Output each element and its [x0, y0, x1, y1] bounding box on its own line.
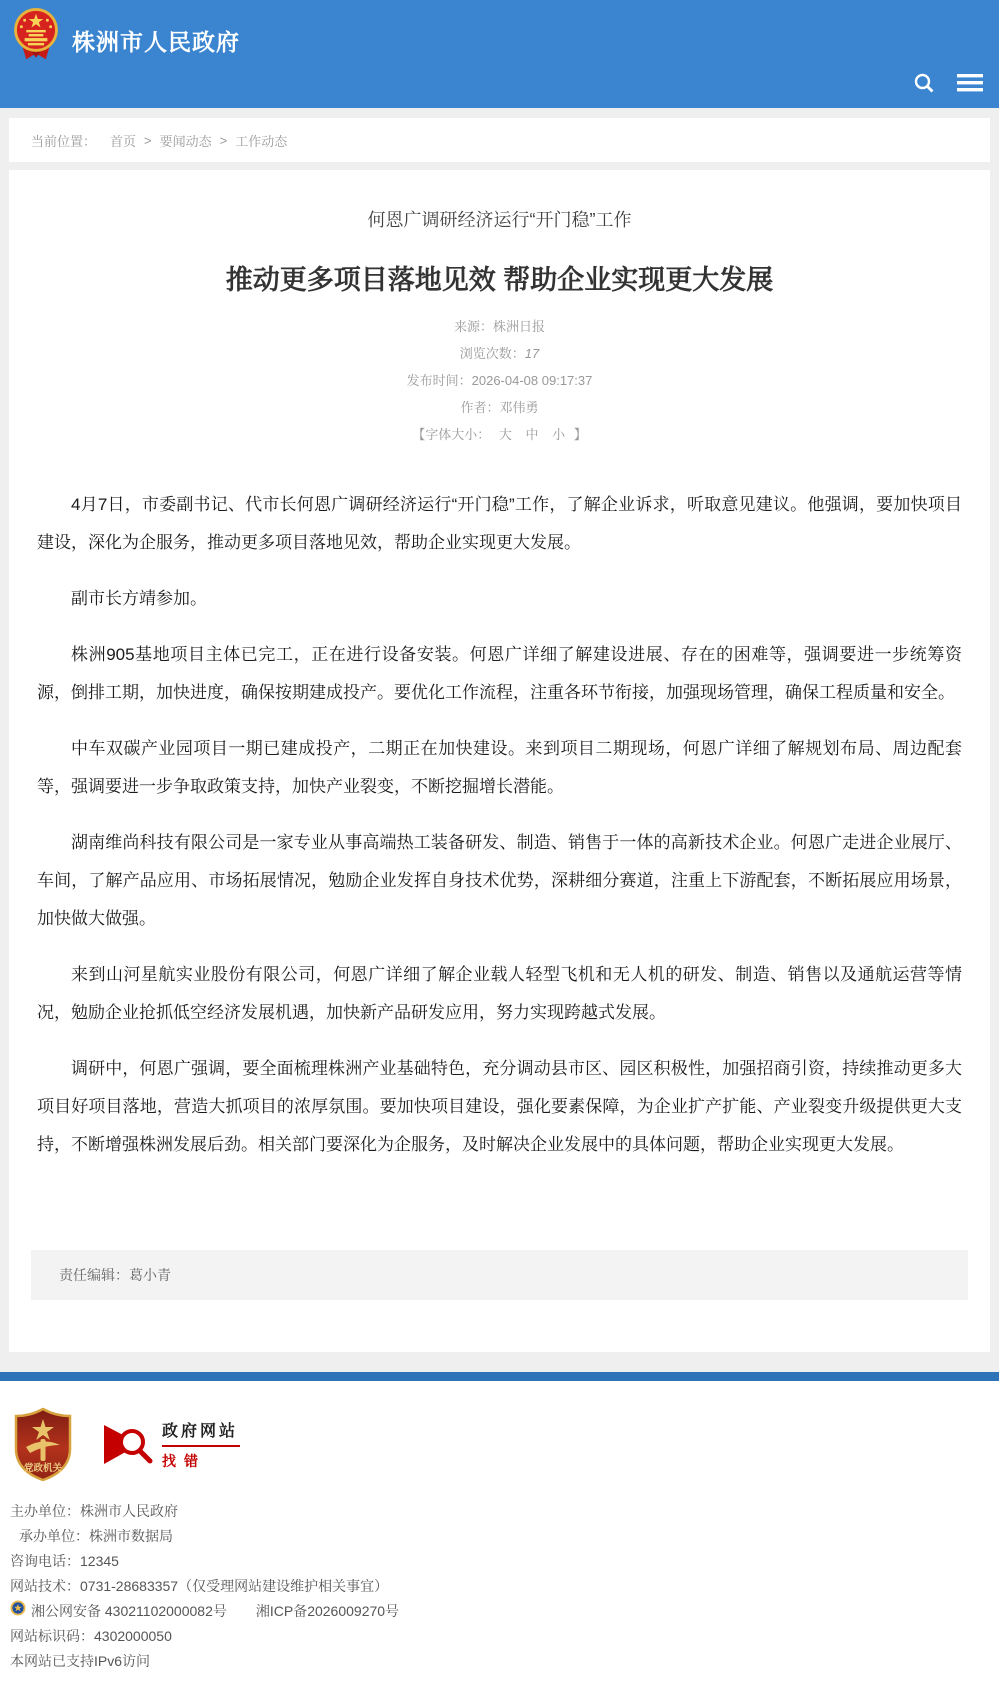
- error-report-magnifier-icon: [102, 1419, 156, 1469]
- menu-icon[interactable]: [957, 74, 983, 92]
- font-size-prefix: 【字体大小：: [412, 427, 490, 442]
- error-report-line1: 政府网站: [162, 1418, 238, 1445]
- article-paragraph: 4月7日，市委副书记、代市长何恩广调研经济运行“开门稳”工作，了解企业诉求，听取…: [37, 486, 962, 562]
- meta-views: 浏览次数：17: [9, 340, 990, 367]
- font-size-medium-button[interactable]: 中: [525, 427, 538, 442]
- footer-ipv6: 本网站已支持IPv6访问: [10, 1649, 999, 1674]
- footer-beian: 湘公网安备 43021102000082号 湘ICP备2026009270号: [10, 1599, 999, 1624]
- article-paragraph: 来到山河星航实业股份有限公司，何恩广详细了解企业载人轻型飞机和无人机的研发、制造…: [37, 956, 962, 1032]
- meta-source: 来源：株洲日报: [9, 313, 990, 340]
- breadcrumb-news[interactable]: 要闻动态: [160, 131, 212, 150]
- meta-author: 作者：邓伟勇: [9, 394, 990, 421]
- meta-source-label: 来源：: [454, 319, 493, 334]
- meta-publish-value: 2026-04-08 09:17:37: [472, 373, 593, 388]
- article-paragraph: 副市长方靖参加。: [37, 580, 962, 618]
- footer-tech-support: 网站技术：0731-28683357（仅受理网站建设维护相关事宜）: [10, 1574, 999, 1599]
- footer-undertaker-label: 承办单位：: [19, 1528, 89, 1544]
- breadcrumb: 当前位置： 首页 > 要闻动态 > 工作动态: [9, 118, 990, 162]
- public-security-badge-icon: [10, 1599, 26, 1624]
- article-container: 何恩广调研经济运行“开门稳”工作 推动更多项目落地见效 帮助企业实现更大发展 来…: [9, 170, 990, 1352]
- article-title: 推动更多项目落地见效 帮助企业实现更大发展: [9, 258, 990, 297]
- article-subtitle: 何恩广调研经济运行“开门稳”工作: [9, 170, 990, 232]
- footer-organizer-label: 主办单位：: [10, 1503, 80, 1519]
- meta-publish-time: 发布时间：2026-04-08 09:17:37: [9, 367, 990, 394]
- article-body: 4月7日，市委副书记、代市长何恩广调研经济运行“开门稳”工作，了解企业诉求，听取…: [9, 486, 990, 1164]
- svg-text:党政机关: 党政机关: [24, 1462, 63, 1474]
- footer-divider-band: [0, 1372, 999, 1381]
- footer-organizer: 主办单位：株洲市人民政府: [10, 1499, 999, 1524]
- meta-views-label: 浏览次数：: [460, 346, 525, 361]
- meta-author-value: 邓伟勇: [500, 400, 539, 415]
- website-error-report-logo[interactable]: 政府网站 找错: [102, 1418, 240, 1471]
- footer-site-code: 网站标识码：4302000050: [10, 1624, 999, 1649]
- font-size-suffix: 】: [574, 427, 587, 442]
- footer-hotline-label: 咨询电话：: [10, 1553, 80, 1569]
- site-code-label: 网站标识码：: [10, 1628, 94, 1644]
- editor-name: 葛小青: [129, 1267, 171, 1283]
- search-icon[interactable]: [913, 72, 935, 94]
- footer-info: 主办单位：株洲市人民政府 承办单位：株洲市数据局 咨询电话：12345 网站技术…: [10, 1499, 999, 1674]
- footer-undertaker: 承办单位：株洲市数据局: [10, 1524, 999, 1549]
- footer-undertaker-value: 株洲市数据局: [89, 1528, 173, 1544]
- article-paragraph: 中车双碳产业园项目一期已建成投产，二期正在加快建设。来到项目二期现场，何恩广详细…: [37, 730, 962, 806]
- site-header: 株洲市人民政府: [0, 0, 999, 108]
- article-paragraph: 湖南维尚科技有限公司是一家专业从事高端热工装备研发、制造、销售于一体的高新技术企…: [37, 824, 962, 938]
- editor-box: 责任编辑：葛小青: [31, 1250, 968, 1300]
- font-size-small-button[interactable]: 小: [552, 427, 565, 442]
- site-title: 株洲市人民政府: [72, 24, 240, 57]
- article-paragraph: 调研中，何恩广强调，要全面梳理株洲产业基础特色，充分调动县市区、园区积极性，加强…: [37, 1050, 962, 1164]
- breadcrumb-work[interactable]: 工作动态: [235, 131, 287, 150]
- error-report-line2: 找错: [162, 1447, 206, 1471]
- site-code-value: 4302000050: [94, 1628, 172, 1644]
- site-footer: 党政机关 政府网站 找错 主办单位：株洲市人民政府 承办单位：株洲市数据局 咨询…: [0, 1381, 999, 1704]
- article-meta: 来源：株洲日报 浏览次数：17 发布时间：2026-04-08 09:17:37…: [9, 313, 990, 448]
- breadcrumb-label: 当前位置：: [31, 131, 96, 150]
- footer-hotline: 咨询电话：12345: [10, 1549, 999, 1574]
- footer-hotline-value: 12345: [80, 1553, 119, 1569]
- header-tools: [913, 72, 983, 94]
- font-size-large-button[interactable]: 大: [499, 427, 512, 442]
- party-government-badge-icon[interactable]: 党政机关: [12, 1407, 74, 1481]
- breadcrumb-home[interactable]: 首页: [110, 131, 136, 150]
- footer-tech-value: 0731-28683357（仅受理网站建设维护相关事宜）: [80, 1578, 388, 1594]
- meta-views-value: 17: [525, 346, 539, 361]
- meta-publish-label: 发布时间：: [407, 373, 472, 388]
- editor-label: 责任编辑：: [59, 1267, 129, 1283]
- article-paragraph: 株洲905基地项目主体已完工，正在进行设备安装。何恩广详细了解建设进展、存在的困…: [37, 636, 962, 712]
- meta-author-label: 作者：: [460, 400, 499, 415]
- national-emblem-logo: [10, 7, 62, 61]
- meta-source-value: 株洲日报: [493, 319, 545, 334]
- breadcrumb-separator: >: [144, 133, 152, 148]
- breadcrumb-separator: >: [220, 133, 228, 148]
- error-report-text: 政府网站 找错: [162, 1418, 240, 1471]
- footer-tech-label: 网站技术：: [10, 1578, 80, 1594]
- footer-organizer-value: 株洲市人民政府: [80, 1503, 178, 1519]
- icp-beian-link[interactable]: 湘ICP备2026009270号: [256, 1599, 399, 1624]
- font-size-control: 【字体大小： 大 中 小 】: [9, 421, 990, 448]
- footer-logos: 党政机关 政府网站 找错: [10, 1407, 999, 1481]
- gongan-beian-link[interactable]: 湘公网安备 43021102000082号: [31, 1599, 227, 1624]
